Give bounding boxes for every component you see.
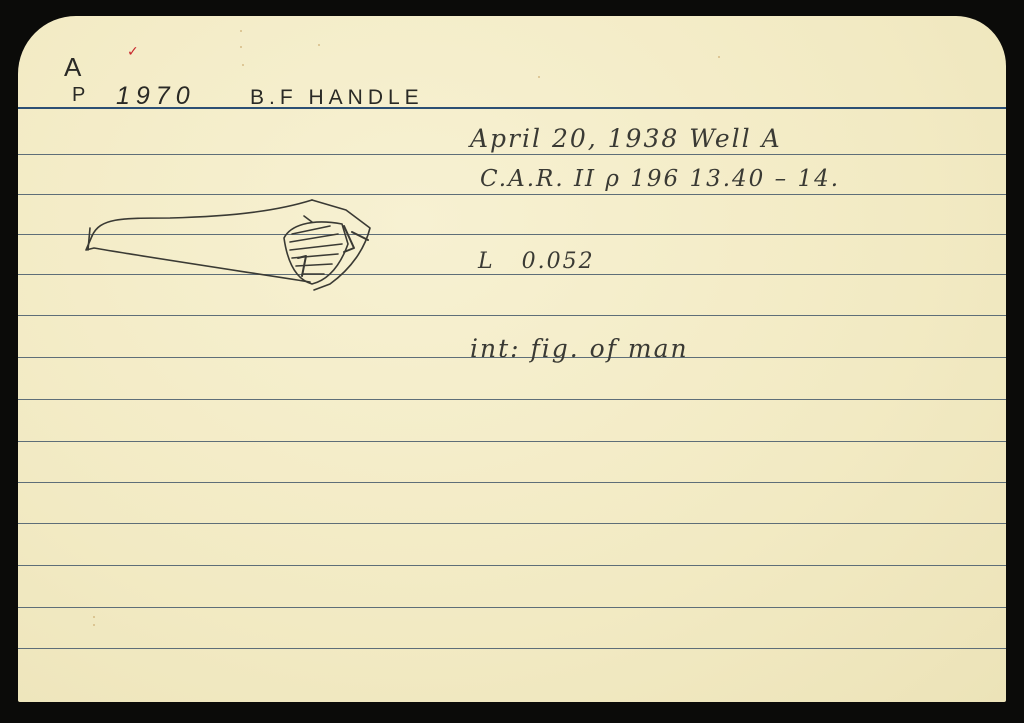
ruled-line bbox=[18, 648, 1006, 649]
handle-sketch-icon bbox=[80, 188, 380, 298]
description: int: fig. of man bbox=[470, 334, 689, 363]
ruled-line bbox=[18, 565, 1006, 566]
ruled-line bbox=[18, 399, 1006, 400]
card-title: B.F HANDLE bbox=[250, 86, 424, 110]
date-line: April 20, 1938 Well A bbox=[470, 124, 782, 153]
ruled-line bbox=[18, 482, 1006, 483]
ruled-line bbox=[18, 523, 1006, 524]
corner-code-bottom: P bbox=[72, 84, 89, 107]
check-mark-icon: ✓ bbox=[127, 44, 140, 60]
ruled-line bbox=[18, 441, 1006, 442]
ruled-line bbox=[18, 154, 1006, 155]
corner-code-top: A bbox=[64, 52, 85, 83]
index-card: A ✓ P 1970 B.F HANDLE April 20, 1938 Wel… bbox=[18, 16, 1006, 702]
measurement: L 0.052 bbox=[478, 249, 595, 274]
catalog-number: 1970 bbox=[116, 82, 196, 111]
location-line: C.A.R. II ρ 196 13.40 – 14. bbox=[480, 166, 840, 192]
ruled-line bbox=[18, 607, 1006, 608]
ruled-line bbox=[18, 315, 1006, 316]
